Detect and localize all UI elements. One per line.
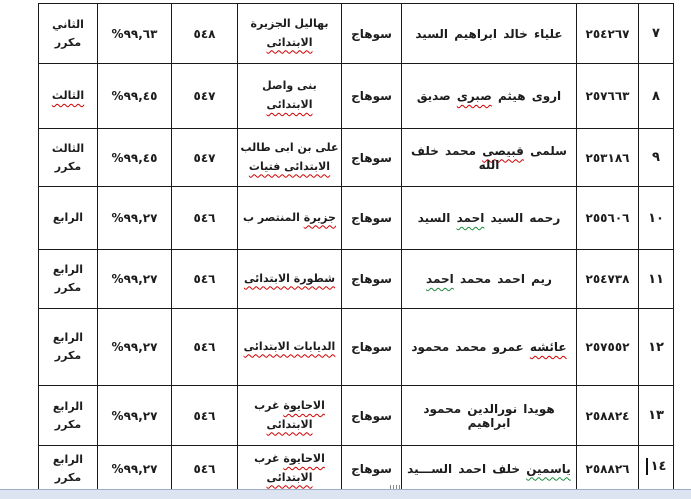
seat-number-cell[interactable]: ٢٥٣١٨٦ — [577, 129, 639, 187]
grade-cell[interactable]: ٥٤٧ — [172, 64, 238, 129]
wavy-underlined-text: شطورة الابتدائى — [244, 272, 335, 285]
plain-text: الرابع — [53, 211, 83, 224]
wavy-underlined-text: ياسمين — [526, 462, 571, 476]
plain-text: غرب — [254, 452, 283, 465]
serial-cell[interactable]: ١٣ — [639, 386, 674, 446]
grade-cell[interactable]: ٥٤٦ — [172, 187, 238, 250]
plain-text: هويدا نورالدين محمود ابراهيم — [423, 402, 554, 430]
serial-cell[interactable]: ١٠ — [639, 187, 674, 250]
plain-text: صديق — [417, 89, 457, 103]
rank-title-cell[interactable]: الثاني مكرر — [39, 4, 98, 64]
school-cell[interactable]: الديابات الابتدائى — [238, 309, 342, 386]
serial-number: ٧ — [652, 26, 660, 41]
seat-number-cell[interactable]: ٢٥٤٢٦٧ — [577, 4, 639, 64]
plain-text: رحمه السيد — [484, 211, 560, 225]
plain-text: الثاني مكرر — [52, 18, 84, 49]
governorate-cell[interactable]: سوهاج — [342, 250, 402, 309]
results-table-wrap: ٧ ٢٥٤٢٦٧ علياء خالد ابراهيم السيد سوهاج … — [38, 3, 674, 489]
wavy-underlined-text: الابتدائى — [267, 418, 313, 431]
student-name-cell[interactable]: علياء خالد ابراهيم السيد — [402, 4, 577, 64]
serial-number: ١٢ — [648, 340, 664, 355]
wavy-underlined-text: الابتدائى — [267, 98, 313, 111]
school-cell[interactable]: بهاليل الجزيرة الابتدائى — [238, 4, 342, 64]
wavy-underlined-text: احمد — [457, 211, 485, 225]
percent-cell[interactable]: ٩٩,٢٧% — [98, 386, 172, 446]
serial-cell[interactable]: ١٢ — [639, 309, 674, 386]
plain-text: ريم احمد محمد — [454, 272, 552, 286]
serial-number: ١٠ — [648, 211, 664, 226]
table-row: ١٣ ٢٥٨٨٢٤ هويدا نورالدين محمود ابراهيم س… — [39, 386, 674, 446]
wavy-underlined-text: جزيرة — [304, 211, 336, 224]
serial-cell[interactable]: ٩ — [639, 129, 674, 187]
plain-text: الرابع مكرر — [53, 400, 83, 431]
school-cell[interactable]: الاحايوة غرب الابتدائى — [238, 446, 342, 490]
plain-text: سلمى — [524, 144, 567, 158]
plain-text: عمرو محمد محمود — [411, 340, 530, 354]
wavy-underlined-text: الابتدائى — [267, 36, 313, 49]
wavy-underlined-text: احمد — [426, 272, 454, 286]
rank-title-cell[interactable]: الرابع مكرر — [39, 386, 98, 446]
wavy-underlined-text: الابتدائى — [267, 471, 313, 484]
percent-cell[interactable]: ٩٩,٢٧% — [98, 187, 172, 250]
governorate-cell[interactable]: سوهاج — [342, 446, 402, 490]
school-cell[interactable]: على بن ابى طالب الابتدائى فتيات — [238, 129, 342, 187]
seat-number-cell[interactable]: ٢٥٥٦٠٦ — [577, 187, 639, 250]
serial-number: ٨ — [652, 89, 660, 104]
seat-number-cell[interactable]: ٢٥٧٦٦٣ — [577, 64, 639, 129]
wavy-underlined-text: الاحايوة — [283, 452, 325, 465]
document-page: ٧ ٢٥٤٢٦٧ علياء خالد ابراهيم السيد سوهاج … — [0, 0, 691, 499]
plain-text: الرابع مكرر — [53, 331, 83, 362]
governorate-cell[interactable]: سوهاج — [342, 129, 402, 187]
table-row: ٩ ٢٥٣١٨٦ سلمى قبيصى محمد خلف الله سوهاج … — [39, 129, 674, 187]
rank-title-cell[interactable]: الثالث مكرر — [39, 129, 98, 187]
wavy-underlined-text: الاحايوة — [283, 399, 325, 412]
grade-cell[interactable]: ٥٤٧ — [172, 129, 238, 187]
governorate-cell[interactable]: سوهاج — [342, 64, 402, 129]
school-cell[interactable]: شطورة الابتدائى — [238, 250, 342, 309]
student-name-cell[interactable]: ريم احمد محمد احمد — [402, 250, 577, 309]
serial-cell[interactable]: ١٤ — [639, 446, 674, 490]
percent-cell[interactable]: ٩٩,٤٥% — [98, 64, 172, 129]
school-cell[interactable]: الاحايوة غرب الابتدائى — [238, 386, 342, 446]
student-name-cell[interactable]: رحمه السيد احمد السيد — [402, 187, 577, 250]
plain-text: غرب — [254, 399, 283, 412]
school-cell[interactable]: جزيرة المنتصر ب — [238, 187, 342, 250]
percent-cell[interactable]: ٩٩,٦٣% — [98, 4, 172, 64]
plain-text: خلف احمد الســـيد — [407, 462, 526, 476]
plain-text: الرابع مكرر — [53, 453, 83, 484]
seat-number-cell[interactable]: ٢٥٨٨٢٦ — [577, 446, 639, 490]
plain-text: بهاليل الجزيرة — [251, 17, 329, 30]
student-name-cell[interactable]: ياسمين خلف احمد الســـيد — [402, 446, 577, 490]
serial-cell[interactable]: ١١ — [639, 250, 674, 309]
serial-cell[interactable]: ٨ — [639, 64, 674, 129]
seat-number-cell[interactable]: ٢٥٧٥٥٢ — [577, 309, 639, 386]
student-name-cell[interactable]: عائشه عمرو محمد محمود — [402, 309, 577, 386]
governorate-cell[interactable]: سوهاج — [342, 187, 402, 250]
table-row: ١٤ ٢٥٨٨٢٦ ياسمين خلف احمد الســـيد سوهاج… — [39, 446, 674, 490]
wavy-underlined-text: الثالث — [52, 89, 84, 102]
grade-cell[interactable]: ٥٤٦ — [172, 446, 238, 490]
grade-cell[interactable]: ٥٤٦ — [172, 250, 238, 309]
text-cursor-caret — [646, 458, 648, 475]
wavy-underlined-text: الابتدائى فتيات — [249, 160, 330, 173]
table-resize-handle[interactable] — [390, 485, 400, 489]
rank-title-cell[interactable]: الثالث — [39, 64, 98, 129]
grade-cell[interactable]: ٥٤٦ — [172, 386, 238, 446]
table-row: ١٢ ٢٥٧٥٥٢ عائشه عمرو محمد محمود سوهاج ال… — [39, 309, 674, 386]
student-name-cell[interactable]: اروى هيثم صبرى صديق — [402, 64, 577, 129]
rank-title-cell[interactable]: الرابع مكرر — [39, 250, 98, 309]
plain-text: الثالث مكرر — [52, 142, 84, 173]
wavy-underlined-text: الديابات الابتدائى — [244, 340, 336, 353]
serial-cell[interactable]: ٧ — [639, 4, 674, 64]
plain-text: اروى هيثم — [492, 89, 561, 103]
student-name-cell[interactable]: سلمى قبيصى محمد خلف الله — [402, 129, 577, 187]
wavy-underlined-text: عائشه — [530, 340, 567, 354]
results-table-body: ٧ ٢٥٤٢٦٧ علياء خالد ابراهيم السيد سوهاج … — [39, 4, 674, 490]
serial-number: ١٣ — [648, 408, 664, 423]
table-row: ١١ ٢٥٤٧٣٨ ريم احمد محمد احمد سوهاج شطورة… — [39, 250, 674, 309]
percent-cell[interactable]: ٩٩,٢٧% — [98, 309, 172, 386]
seat-number-cell[interactable]: ٢٥٤٧٣٨ — [577, 250, 639, 309]
rank-title-cell[interactable]: الرابع مكرر — [39, 309, 98, 386]
plain-text: السيد — [418, 211, 457, 225]
plain-text: علياء خالد ابراهيم السيد — [415, 27, 562, 41]
table-row: ٨ ٢٥٧٦٦٣ اروى هيثم صبرى صديق سوهاج بنى و… — [39, 64, 674, 129]
table-row: ٧ ٢٥٤٢٦٧ علياء خالد ابراهيم السيد سوهاج … — [39, 4, 674, 64]
seat-number-cell[interactable]: ٢٥٨٨٢٤ — [577, 386, 639, 446]
plain-text: الرابع مكرر — [53, 263, 83, 294]
results-table: ٧ ٢٥٤٢٦٧ علياء خالد ابراهيم السيد سوهاج … — [38, 3, 674, 489]
percent-cell[interactable]: ٩٩,٢٧% — [98, 250, 172, 309]
student-name-cell[interactable]: هويدا نورالدين محمود ابراهيم — [402, 386, 577, 446]
plain-text: المنتصر ب — [243, 211, 304, 224]
plain-text: على بن ابى طالب — [241, 141, 339, 154]
governorate-cell[interactable]: سوهاج — [342, 4, 402, 64]
plain-text: بنى واصل — [262, 79, 317, 92]
serial-number: ١١ — [648, 272, 664, 287]
serial-number: ٩ — [652, 150, 660, 165]
governorate-cell[interactable]: سوهاج — [342, 309, 402, 386]
window-bottom-bar — [0, 489, 691, 499]
grade-cell[interactable]: ٥٤٦ — [172, 309, 238, 386]
rank-title-cell[interactable]: الرابع — [39, 187, 98, 250]
percent-cell[interactable]: ٩٩,٢٧% — [98, 446, 172, 490]
grade-cell[interactable]: ٥٤٨ — [172, 4, 238, 64]
governorate-cell[interactable]: سوهاج — [342, 386, 402, 446]
percent-cell[interactable]: ٩٩,٤٥% — [98, 129, 172, 187]
table-row: ١٠ ٢٥٥٦٠٦ رحمه السيد احمد السيد سوهاج جز… — [39, 187, 674, 250]
wavy-underlined-text: صبرى — [457, 89, 492, 103]
wavy-underlined-text: قبيصى — [482, 144, 524, 158]
school-cell[interactable]: بنى واصل الابتدائى — [238, 64, 342, 129]
rank-title-cell[interactable]: الرابع مكرر — [39, 446, 98, 490]
serial-number: ١٤ — [651, 459, 667, 474]
